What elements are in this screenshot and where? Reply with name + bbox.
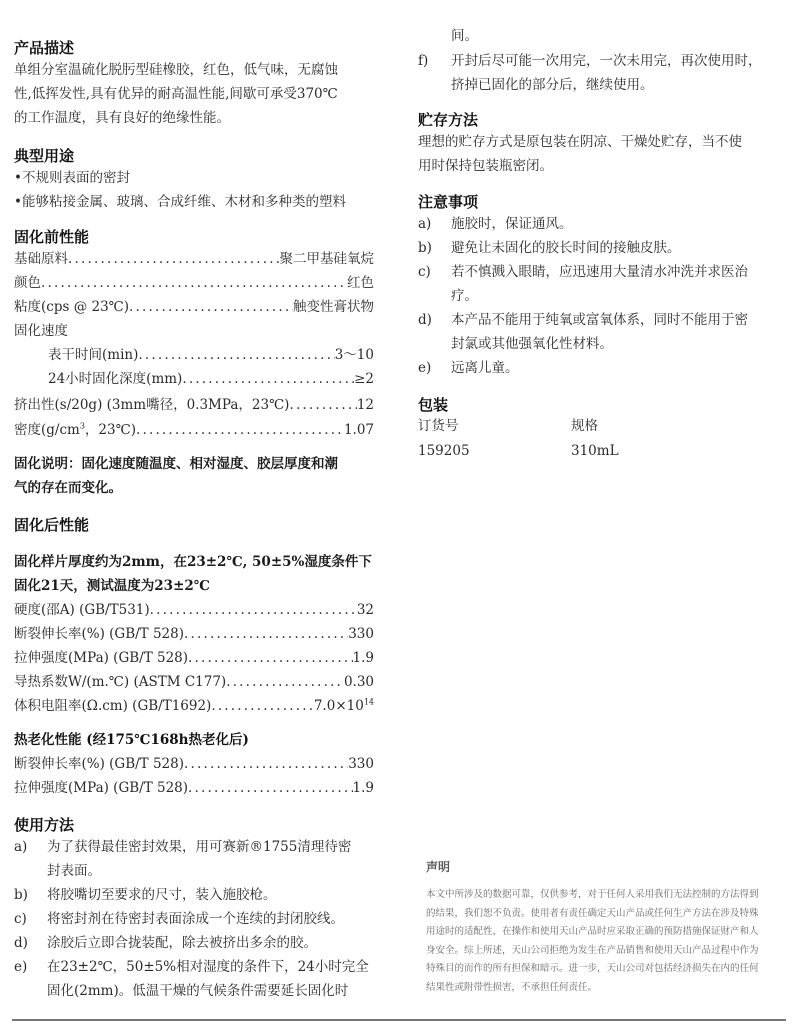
leader-dots bbox=[150, 598, 357, 622]
leader-dots bbox=[136, 418, 344, 442]
description-line: 单组分室温硫化脱肟型硅橡胶，红色，低气味，无腐蚀 bbox=[14, 58, 338, 82]
disclaimer-line: 本文中所涉及的数据可靠，仅供参考，对于任何人采用我们无法控制的方法得到 bbox=[426, 886, 786, 905]
property-key: 颜色 bbox=[14, 271, 41, 295]
property-row: 断裂伸长率(%) (GB/T 528)330 bbox=[14, 622, 374, 646]
property-row: 24小时固化深度(mm)≥2 bbox=[48, 367, 374, 391]
disclaimer-title: 声明 bbox=[426, 858, 450, 875]
leader-dots bbox=[129, 295, 293, 319]
property-value: 7.0×1014 bbox=[314, 694, 374, 718]
use-item: •不规则表面的密封 bbox=[14, 166, 130, 190]
property-key: 表干时间(min) bbox=[48, 343, 138, 367]
leader-dots bbox=[182, 367, 354, 391]
packaging-header-spec: 规格 bbox=[571, 414, 598, 438]
property-value: 红色 bbox=[347, 271, 374, 295]
property-row: 体积电阻率(Ω.cm) (GB/T1692)7.0×1014 bbox=[14, 694, 374, 718]
section-title-description: 产品描述 bbox=[14, 38, 74, 58]
leader-dots bbox=[68, 247, 280, 271]
property-row: 颜色红色 bbox=[14, 271, 374, 295]
property-value: 1.9 bbox=[353, 646, 374, 670]
post-cure-condition: 固化样片厚度约为2mm，在23±2℃, 50±5%湿度条件下 bbox=[14, 550, 372, 574]
property-value: 3～10 bbox=[335, 343, 374, 367]
property-key: 挤出性(s/20g) (3mm嘴径，0.3MPa，23℃) bbox=[14, 393, 289, 417]
packaging-header-order-no: 订货号 bbox=[418, 414, 459, 438]
disclaimer-line: 身安全。综上所述，天山公司拒绝为发生在产品销售和使用天山产品过程中作为 bbox=[426, 942, 786, 961]
section-title-usage: 使用方法 bbox=[14, 815, 74, 835]
property-key: 基础原料 bbox=[14, 247, 68, 271]
property-key: 体积电阻率(Ω.cm) (GB/T1692) bbox=[14, 694, 211, 718]
disclaimer-line: 结果性或附带性损害，不承担任何责任。 bbox=[426, 979, 786, 998]
leader-dots bbox=[184, 752, 348, 776]
leader-dots bbox=[226, 670, 344, 694]
property-key: 硬度(邵A) (GB/T531) bbox=[14, 598, 150, 622]
leader-dots bbox=[138, 343, 334, 367]
section-title-uses: 典型用途 bbox=[14, 146, 74, 166]
property-row: 断裂伸长率(%) (GB/T 528)330 bbox=[14, 752, 374, 776]
disclaimer-line: 用途时的适配性，在操作和使用天山产品时应采取正确的预防措施保证财产和人 bbox=[426, 923, 786, 942]
section-title-packaging: 包装 bbox=[418, 395, 448, 415]
section-title-post-cure: 固化后性能 bbox=[14, 515, 89, 535]
property-key: 断裂伸长率(%) (GB/T 528) bbox=[14, 622, 184, 646]
property-key: 断裂伸长率(%) (GB/T 528) bbox=[14, 752, 184, 776]
footer-divider bbox=[12, 1019, 786, 1021]
property-key: 粘度(cps @ 23℃) bbox=[14, 295, 129, 319]
property-key: 导热系数W/(m.℃) (ASTM C177) bbox=[14, 670, 226, 694]
property-row: 硬度(邵A) (GB/T531)32 bbox=[14, 598, 374, 622]
description-line: 的工作温度，具有良好的绝缘性能。 bbox=[14, 106, 230, 130]
section-title-heat-aging: 热老化性能 (经175℃168h热老化后) bbox=[14, 728, 249, 752]
property-value: 0.30 bbox=[344, 670, 374, 694]
property-key: 拉伸强度(MPa) (GB/T 528) bbox=[14, 776, 188, 800]
leader-dots bbox=[184, 622, 348, 646]
section-title-pre-cure: 固化前性能 bbox=[14, 227, 89, 247]
leader-dots bbox=[188, 776, 352, 800]
disclaimer-line: 特殊目的而作的所有担保和暗示。进一步，天山公司对包括经济损失在内的任何 bbox=[426, 960, 786, 979]
property-row: 密度(g/cm3，23℃)1.07 bbox=[14, 418, 374, 442]
property-row: 挤出性(s/20g) (3mm嘴径，0.3MPa，23℃)12 bbox=[14, 393, 374, 417]
property-value: 330 bbox=[348, 622, 374, 646]
disclaimer-body: 本文中所涉及的数据可靠，仅供参考，对于任何人采用我们无法控制的方法得到 的结果，… bbox=[426, 886, 786, 997]
leader-dots bbox=[41, 271, 347, 295]
property-value: 聚二甲基硅氧烷 bbox=[280, 247, 375, 271]
storage-line: 理想的贮存方式是原包装在阴凉、干燥处贮存，当不使 bbox=[418, 130, 742, 154]
property-value: 1.9 bbox=[353, 776, 374, 800]
property-row: 拉伸强度(MPa) (GB/T 528)1.9 bbox=[14, 646, 374, 670]
property-value: 1.07 bbox=[344, 418, 374, 442]
property-value: 触变性膏状物 bbox=[293, 295, 374, 319]
packaging-spec: 310mL bbox=[571, 439, 619, 463]
property-value: 330 bbox=[348, 752, 374, 776]
disclaimer-line: 的结果，我们恕不负责。使用者有责任确定天山产品或任何生产方法在涉及特殊 bbox=[426, 905, 786, 924]
packaging-order-no: 159205 bbox=[418, 439, 470, 463]
cure-note-line: 气的存在而变化。 bbox=[14, 476, 122, 500]
property-group-label: 固化速度 bbox=[14, 319, 68, 343]
use-item: •能够粘接金属、玻璃、合成纤维、木材和多种类的塑料 bbox=[14, 190, 346, 214]
property-row: 导热系数W/(m.℃) (ASTM C177)0.30 bbox=[14, 670, 374, 694]
section-title-storage: 贮存方法 bbox=[418, 110, 478, 130]
leader-dots bbox=[211, 694, 314, 718]
property-key: 密度(g/cm3，23℃) bbox=[14, 418, 136, 442]
cure-note-line: 固化说明：固化速度随温度、相对湿度、胶层厚度和潮 bbox=[14, 452, 338, 476]
property-key: 24小时固化深度(mm) bbox=[48, 367, 182, 391]
description-line: 性,低挥发性,具有优异的耐高温性能,间歇可承受370℃ bbox=[14, 82, 338, 106]
property-row: 基础原料聚二甲基硅氧烷 bbox=[14, 247, 374, 271]
leader-dots bbox=[188, 646, 352, 670]
property-row: 表干时间(min)3～10 bbox=[48, 343, 374, 367]
leader-dots bbox=[289, 393, 356, 417]
section-title-cautions: 注意事项 bbox=[418, 192, 478, 212]
property-value: 12 bbox=[357, 393, 374, 417]
property-row: 粘度(cps @ 23℃)触变性膏状物 bbox=[14, 295, 374, 319]
post-cure-condition: 固化21天，测试温度为23±2℃ bbox=[14, 574, 210, 598]
property-value: 32 bbox=[357, 598, 374, 622]
property-value: ≥2 bbox=[354, 367, 374, 391]
storage-line: 用时保持包装瓶密闭。 bbox=[418, 154, 553, 178]
property-row: 拉伸强度(MPa) (GB/T 528)1.9 bbox=[14, 776, 374, 800]
property-key: 拉伸强度(MPa) (GB/T 528) bbox=[14, 646, 188, 670]
